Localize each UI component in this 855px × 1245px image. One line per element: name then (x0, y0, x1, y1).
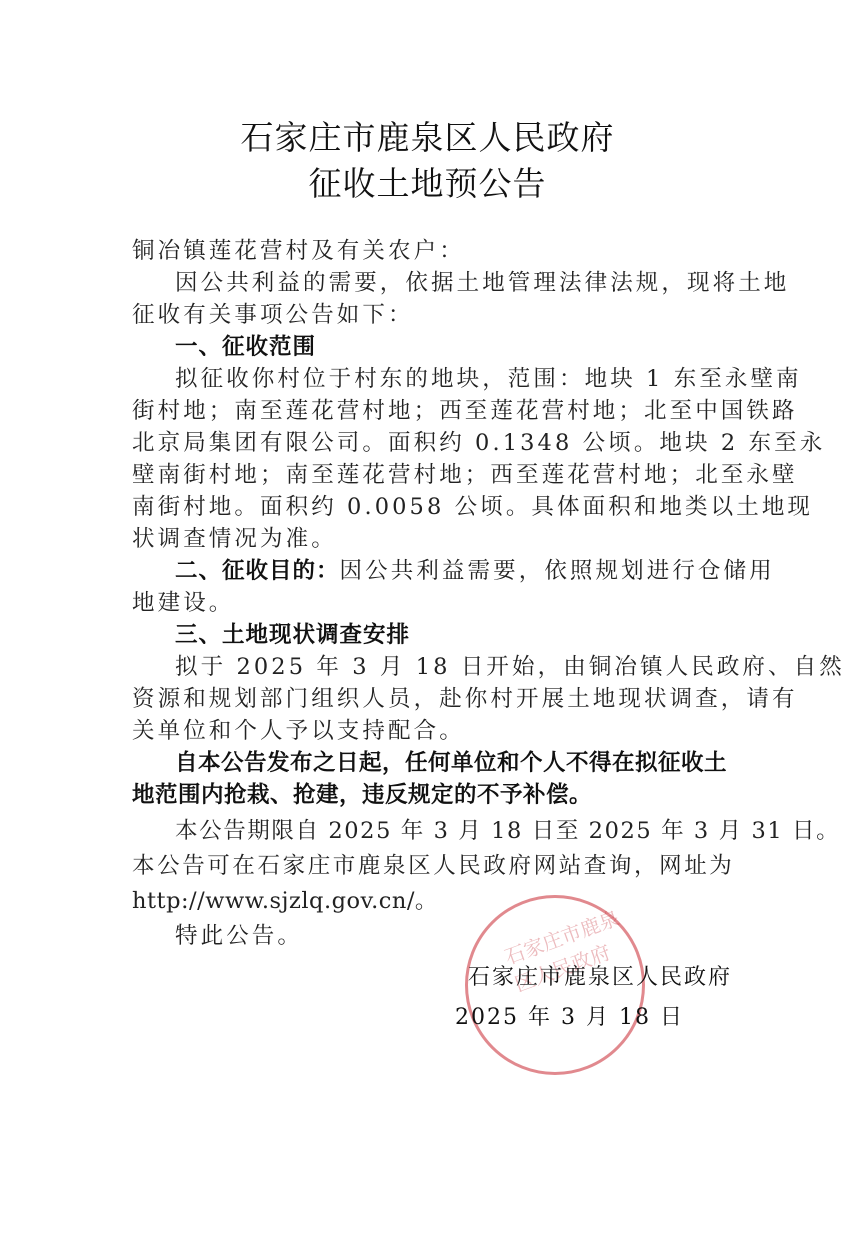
section1-line: 壁南街村地；南至莲花营村地；西至莲花营村地；北至永壁 (132, 457, 798, 489)
signature-date: 2025 年 3 月 18 日 (455, 1000, 684, 1031)
title-line-2: 征收土地预公告 (0, 158, 855, 205)
section1-line: 南街村地。面积约 0.0058 公顷。具体面积和地类以土地现 (132, 489, 813, 521)
section2-line-1: 二、征收目的：因公共利益需要，依照规划进行仓储用 (175, 553, 775, 585)
section2-heading: 二、征收目的： (175, 558, 340, 584)
section3-line: 拟于 2025 年 3 月 18 日开始，由铜冶镇人民政府、自然 (175, 649, 845, 681)
signature-org: 石家庄市鹿泉区人民政府 (468, 960, 732, 991)
section1-line: 拟征收你村位于村东的地块，范围：地块 1 东至永壁南 (175, 361, 802, 393)
section3-line: 资源和规划部门组织人员，赴你村开展土地现状调查，请有 (132, 681, 798, 713)
website-url: http://www.sjzlq.gov.cn/。 (132, 883, 438, 915)
intro-line-1: 因公共利益的需要，依据土地管理法律法规，现将土地 (175, 265, 789, 297)
addressee: 铜冶镇莲花营村及有关农户： (132, 233, 465, 265)
intro-line-2: 征收有关事项公告如下： (132, 297, 414, 329)
section3-line: 关单位和个人予以支持配合。 (132, 713, 465, 745)
notice-period: 本公告期限自 2025 年 3 月 18 日至 2025 年 3 月 31 日。 (175, 813, 840, 845)
section1-line: 北京局集团有限公司。面积约 0.1348 公顷。地块 2 东至永 (132, 425, 825, 457)
warning-line-1: 自本公告发布之日起，任何单位和个人不得在拟征收土 (175, 745, 727, 777)
website-line: 本公告可在石家庄市鹿泉区人民政府网站查询，网址为 (132, 848, 734, 880)
section1-line: 状调查情况为准。 (132, 521, 337, 553)
section1-line: 街村地；南至莲花营村地；西至莲花营村地；北至中国铁路 (132, 393, 798, 425)
section3-heading: 三、土地现状调查安排 (175, 617, 410, 649)
section2-line-2: 地建设。 (132, 585, 234, 617)
section1-heading: 一、征收范围 (175, 329, 316, 361)
warning-line-2: 地范围内抢栽、抢建，违反规定的不予补偿。 (132, 777, 592, 809)
title-line-1: 石家庄市鹿泉区人民政府 (0, 112, 855, 159)
closing: 特此公告。 (175, 918, 303, 950)
section2-text: 因公共利益需要，依照规划进行仓储用 (340, 558, 775, 584)
